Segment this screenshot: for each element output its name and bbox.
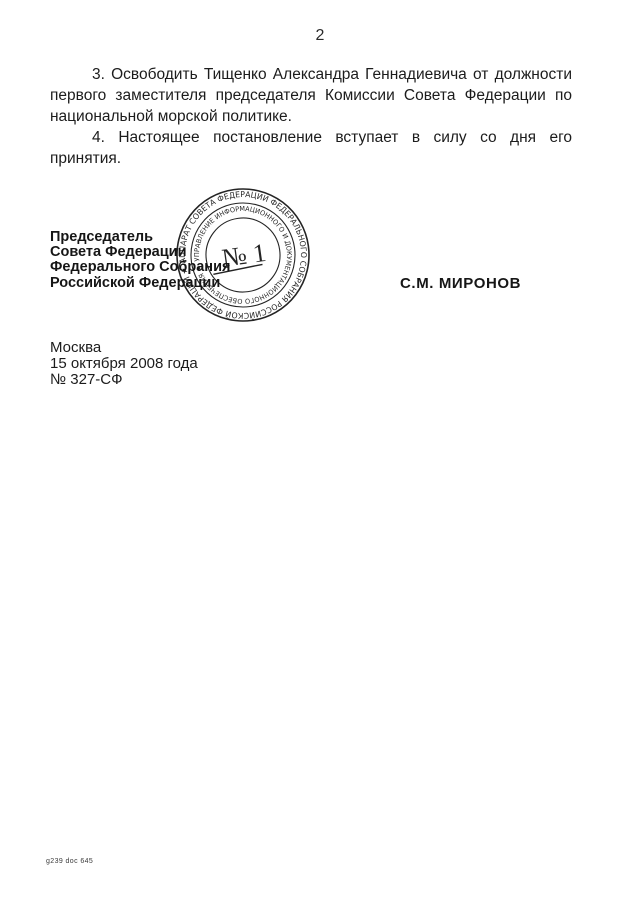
issue-city: Москва — [50, 340, 198, 356]
page-number: 2 — [0, 27, 640, 45]
paragraph-4: 4. Настоящее постановление вступает в си… — [50, 127, 572, 169]
paragraph-3: 3. Освободить Тищенко Александра Геннади… — [50, 64, 572, 127]
official-round-stamp: АППАРАТ СОВЕТА ФЕДЕРАЦИИ ФЕДЕРАЛЬНОГО СО… — [164, 176, 322, 334]
document-page: 2 3. Освободить Тищенко Александра Генна… — [0, 0, 640, 900]
issue-date: 15 октября 2008 года — [50, 356, 198, 372]
footer-file-note: g239 doc 645 — [46, 858, 93, 865]
signatory-name: С.М. МИРОНОВ — [400, 275, 521, 292]
stamp-seal-icon: АППАРАТ СОВЕТА ФЕДЕРАЦИИ ФЕДЕРАЛЬНОГО СО… — [164, 176, 322, 334]
issue-details-block: Москва 15 октября 2008 года № 327-СФ — [50, 340, 198, 388]
issue-number: № 327-СФ — [50, 372, 198, 388]
resolution-body: 3. Освободить Тищенко Александра Геннади… — [50, 64, 572, 169]
